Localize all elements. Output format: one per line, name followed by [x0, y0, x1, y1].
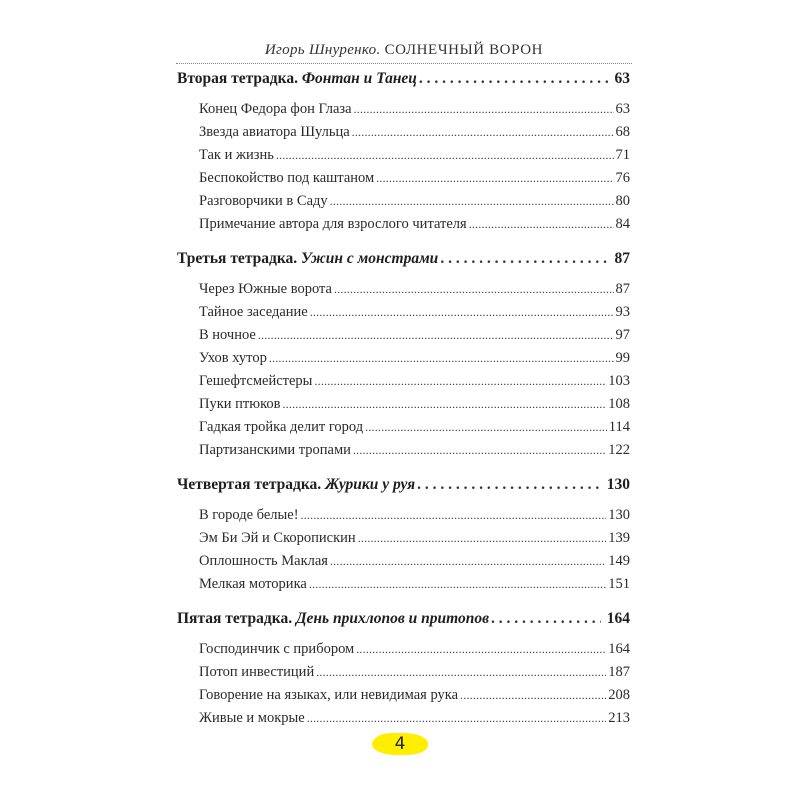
section-spacer [177, 270, 630, 278]
toc-entry[interactable]: Ухов хутор99 [199, 347, 630, 370]
dot-leader [301, 504, 607, 527]
dot-leader [491, 608, 601, 630]
entry-title: Беспокойство под каштаном [199, 167, 376, 190]
entry-page-number: 213 [606, 707, 630, 730]
entry-title: Гешефтсмейстеры [199, 370, 314, 393]
entry-title: Партизанскими тропами [199, 439, 353, 462]
dot-leader [310, 301, 614, 324]
entry-title: Господинчик с прибором [199, 638, 356, 661]
toc-entry[interactable]: Эм Би Эй и Скоропискин139 [199, 527, 630, 550]
section-page-number: 164 [601, 608, 630, 630]
author-name: Игорь Шнуренко. [265, 42, 381, 58]
section-spacer [177, 596, 630, 608]
entry-title: Эм Би Эй и Скоропискин [199, 527, 358, 550]
entry-page-number: 84 [614, 213, 631, 236]
section-page-number: 130 [601, 474, 630, 496]
section-spacer [177, 630, 630, 638]
dot-leader [307, 707, 607, 730]
dot-leader [258, 324, 614, 347]
section-subtitle: День прихлопов и притопов [296, 610, 489, 627]
dot-leader [316, 661, 606, 684]
dot-leader [376, 167, 613, 190]
toc-entry[interactable]: Оплошность Маклая149 [199, 550, 630, 573]
dot-leader [354, 98, 614, 121]
entry-title: Разговорчики в Саду [199, 190, 330, 213]
entry-page-number: 71 [614, 144, 631, 167]
toc-section-heading[interactable]: Третья тетрадка. Ужин с монстрами87 [177, 248, 630, 270]
toc-section-heading[interactable]: Четвертая тетрадка. Журики у руя130 [177, 474, 630, 496]
section-label: Третья тетрадка. Ужин с монстрами [177, 248, 440, 270]
toc-entry[interactable]: Пуки птюков108 [199, 393, 630, 416]
book-title: СОЛНЕЧНЫЙ ВОРОН [385, 42, 544, 58]
entry-page-number: 108 [606, 393, 630, 416]
section-subtitle: Ужин с монстрами [301, 250, 438, 267]
toc-entry[interactable]: Гадкая тройка делит город114 [199, 416, 630, 439]
section-page-number: 87 [609, 248, 631, 270]
dot-leader [352, 121, 614, 144]
toc-entry[interactable]: Беспокойство под каштаном76 [199, 167, 630, 190]
toc-entry[interactable]: Через Южные ворота87 [199, 278, 630, 301]
entry-title: Говорение на языках, или невидимая рука [199, 684, 460, 707]
toc-entry[interactable]: Примечание автора для взрослого читателя… [199, 213, 630, 236]
section-page-number: 63 [609, 68, 631, 90]
table-of-contents: Вторая тетрадка. Фонтан и Танец63Конец Ф… [177, 68, 630, 730]
entry-title: Оплошность Маклая [199, 550, 330, 573]
entry-title: Конец Федора фон Глаза [199, 98, 354, 121]
section-spacer [177, 496, 630, 504]
entry-title: В ночное [199, 324, 258, 347]
entry-page-number: 130 [606, 504, 630, 527]
dot-leader [469, 213, 614, 236]
running-head: Игорь Шнуренко. СОЛНЕЧНЫЙ ВОРОН [176, 42, 632, 59]
entry-title: Тайное заседание [199, 301, 310, 324]
entry-title: Пуки птюков [199, 393, 283, 416]
toc-entry[interactable]: Мелкая моторика151 [199, 573, 630, 596]
dot-leader [330, 550, 606, 573]
toc-entry[interactable]: Конец Федора фон Глаза63 [199, 98, 630, 121]
dot-leader [276, 144, 614, 167]
toc-entry[interactable]: В городе белые!130 [199, 504, 630, 527]
header-divider [176, 63, 632, 64]
entry-title: Потоп инвестиций [199, 661, 316, 684]
section-title: Третья тетрадка. [177, 250, 297, 267]
dot-leader [269, 347, 614, 370]
toc-section-heading[interactable]: Пятая тетрадка. День прихлопов и притопо… [177, 608, 630, 630]
toc-entry[interactable]: Так и жизнь71 [199, 144, 630, 167]
section-spacer [177, 462, 630, 474]
section-label: Вторая тетрадка. Фонтан и Танец [177, 68, 419, 90]
dot-leader [353, 439, 606, 462]
section-title: Четвертая тетрадка. [177, 476, 321, 493]
dot-leader [314, 370, 606, 393]
entry-title: Так и жизнь [199, 144, 276, 167]
toc-entry[interactable]: Разговорчики в Саду80 [199, 190, 630, 213]
page-number: 4 [372, 733, 428, 755]
toc-entry[interactable]: Звезда авиатора Шульца68 [199, 121, 630, 144]
dot-leader [330, 190, 614, 213]
entry-page-number: 99 [614, 347, 631, 370]
entry-page-number: 149 [606, 550, 630, 573]
entry-page-number: 114 [607, 416, 630, 439]
section-subtitle: Журики у руя [325, 476, 415, 493]
dot-leader [334, 278, 614, 301]
dot-leader [283, 393, 607, 416]
toc-entry[interactable]: Гешефтсмейстеры103 [199, 370, 630, 393]
toc-entry[interactable]: В ночное97 [199, 324, 630, 347]
entry-page-number: 139 [606, 527, 630, 550]
entry-title: Через Южные ворота [199, 278, 334, 301]
toc-entry[interactable]: Потоп инвестиций187 [199, 661, 630, 684]
entry-page-number: 80 [614, 190, 631, 213]
dot-leader [419, 68, 609, 90]
section-label: Пятая тетрадка. День прихлопов и притопо… [177, 608, 491, 630]
entry-page-number: 93 [614, 301, 631, 324]
toc-entry[interactable]: Говорение на языках, или невидимая рука2… [199, 684, 630, 707]
entry-title: В городе белые! [199, 504, 301, 527]
entry-page-number: 63 [614, 98, 631, 121]
toc-section-heading[interactable]: Вторая тетрадка. Фонтан и Танец63 [177, 68, 630, 90]
toc-entry[interactable]: Тайное заседание93 [199, 301, 630, 324]
entry-page-number: 151 [606, 573, 630, 596]
section-title: Пятая тетрадка. [177, 610, 292, 627]
entry-title: Живые и мокрые [199, 707, 307, 730]
entry-title: Ухов хутор [199, 347, 269, 370]
entry-title: Гадкая тройка делит город [199, 416, 365, 439]
entry-title: Примечание автора для взрослого читателя [199, 213, 469, 236]
toc-entry[interactable]: Партизанскими тропами122 [199, 439, 630, 462]
entry-page-number: 208 [606, 684, 630, 707]
entry-page-number: 164 [606, 638, 630, 661]
dot-leader [417, 474, 601, 496]
entry-page-number: 76 [614, 167, 631, 190]
entry-page-number: 97 [614, 324, 631, 347]
entry-title: Мелкая моторика [199, 573, 309, 596]
section-spacer [177, 90, 630, 98]
entry-page-number: 187 [606, 661, 630, 684]
dot-leader [309, 573, 606, 596]
entry-page-number: 122 [606, 439, 630, 462]
dot-leader [358, 527, 607, 550]
section-subtitle: Фонтан и Танец [302, 70, 417, 87]
dot-leader [365, 416, 607, 439]
entry-page-number: 68 [614, 121, 631, 144]
entry-page-number: 87 [614, 278, 631, 301]
toc-entry[interactable]: Господинчик с прибором164 [199, 638, 630, 661]
entry-title: Звезда авиатора Шульца [199, 121, 352, 144]
toc-entry[interactable]: Живые и мокрые213 [199, 707, 630, 730]
book-page: Игорь Шнуренко. СОЛНЕЧНЫЙ ВОРОН Вторая т… [0, 0, 800, 800]
section-title: Вторая тетрадка. [177, 70, 298, 87]
dot-leader [440, 248, 608, 270]
section-spacer [177, 236, 630, 248]
dot-leader [460, 684, 606, 707]
entry-page-number: 103 [606, 370, 630, 393]
section-label: Четвертая тетрадка. Журики у руя [177, 474, 417, 496]
dot-leader [356, 638, 606, 661]
